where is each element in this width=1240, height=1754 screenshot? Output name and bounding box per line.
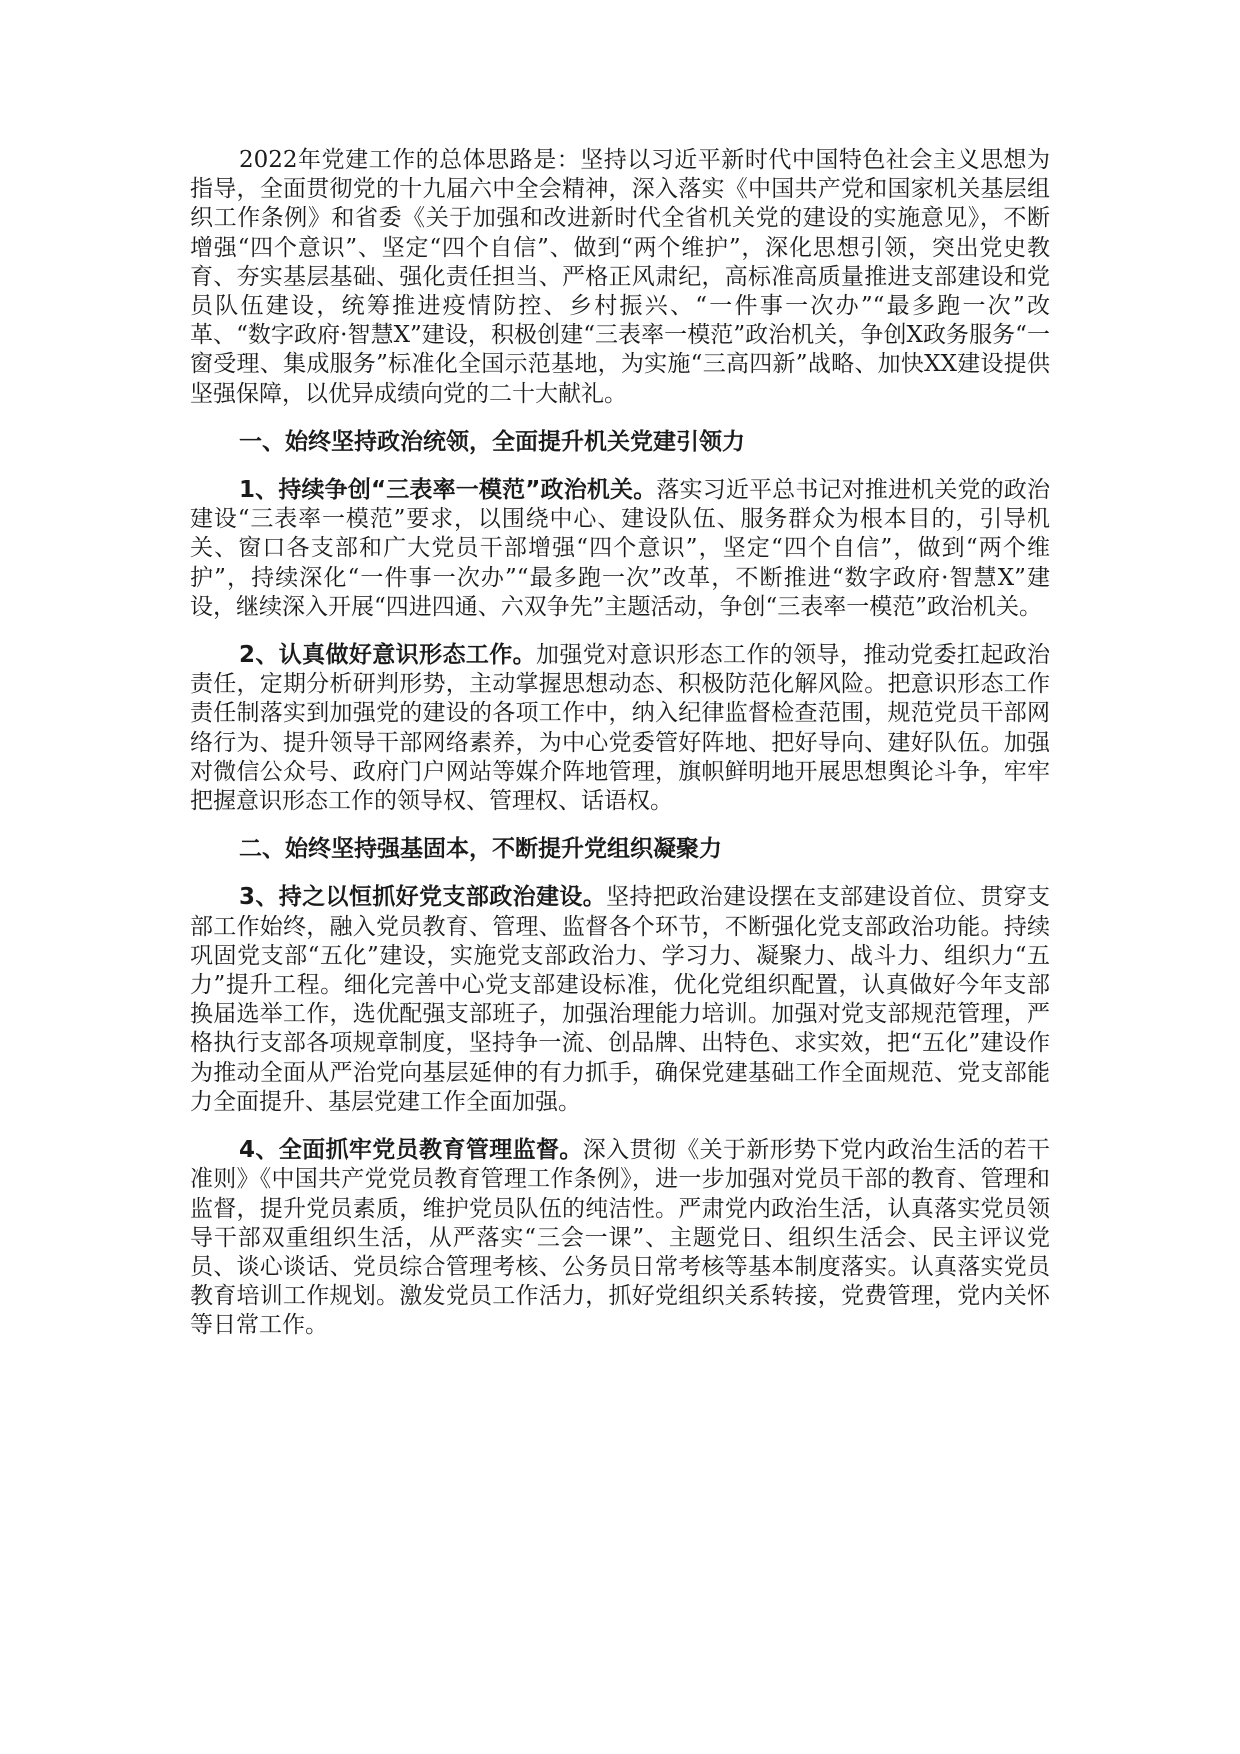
item-paragraph-2: 2、认真做好意识形态工作。加强党对意识形态工作的领导，推动党委扛起政治责任，定期… (190, 641, 1050, 816)
item-paragraph-1: 1、持续争创“三表率一模范”政治机关。落实习近平总书记对推进机关党的政治建设“三… (190, 476, 1050, 622)
item-paragraph-4: 4、全面抓牢党员教育管理监督。深入贯彻《关于新形势下党内政治生活的若干准则》《中… (190, 1136, 1050, 1340)
intro-paragraph: 2022年党建工作的总体思路是：坚持以习近平新时代中国特色社会主义思想为指导，全… (190, 146, 1050, 409)
item-lead-1: 1、持续争创“三表率一模范”政治机关。 (239, 477, 656, 503)
item-paragraph-3: 3、持之以恒抓好党支部政治建设。坚持把政治建设摆在支部建设首位、贯穿支部工作始终… (190, 883, 1050, 1117)
item-body-3: 坚持把政治建设摆在支部建设首位、贯穿支部工作始终，融入党员教育、管理、监督各个环… (190, 884, 1050, 1114)
item-lead-3: 3、持之以恒抓好党支部政治建设。 (239, 884, 606, 910)
section-heading-1: 一、始终坚持政治统领，全面提升机关党建引领力 (190, 428, 1050, 457)
section-heading-2: 二、始终坚持强基固本，不断提升党组织凝聚力 (190, 835, 1050, 864)
document-page: 2022年党建工作的总体思路是：坚持以习近平新时代中国特色社会主义思想为指导，全… (190, 146, 1050, 1360)
item-body-4: 深入贯彻《关于新形势下党内政治生活的若干准则》《中国共产党党员教育管理工作条例》… (190, 1137, 1050, 1338)
item-lead-2: 2、认真做好意识形态工作。 (239, 642, 536, 668)
item-lead-4: 4、全面抓牢党员教育管理监督。 (239, 1137, 583, 1163)
